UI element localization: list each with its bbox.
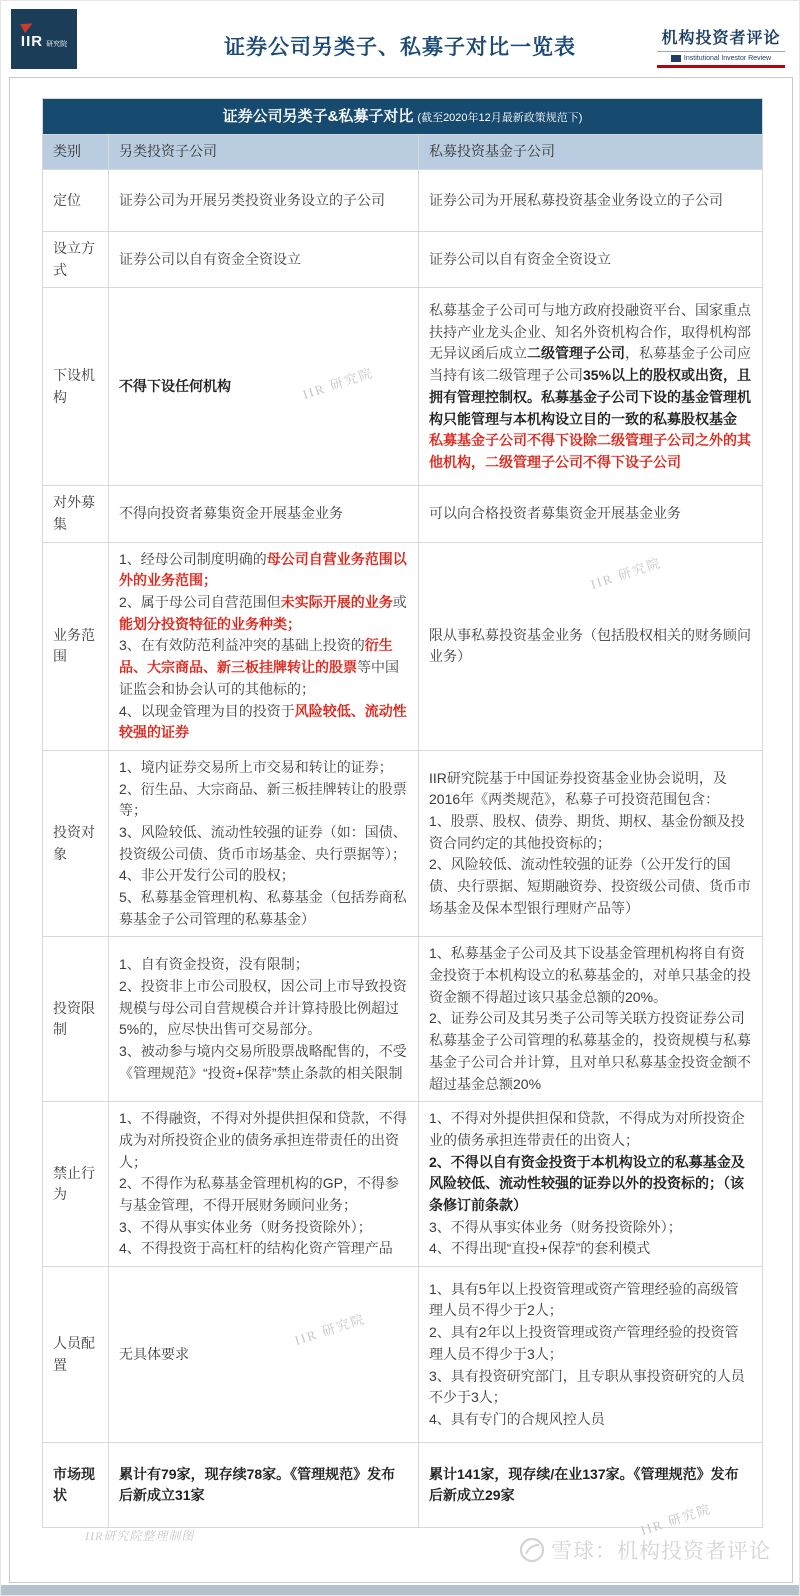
row-label: 定位 (43, 169, 109, 231)
table-row: 下设机构 不得下设任何机构 私募基金子公司可与地方政府投融资平台、国家重点扶持产… (43, 288, 763, 486)
row-label: 人员配置 (43, 1267, 109, 1443)
row-label: 禁止行为 (43, 1102, 109, 1267)
alt-sub-cell: 证券公司为开展另类投资业务设立的子公司 (109, 169, 419, 231)
column-header-category: 类别 (43, 135, 109, 170)
credit-note: IIR研究院整理制图 (85, 1527, 194, 1544)
alt-sub-cell: 1、境内证券交易所上市交易和转让的证券；2、衍生品、大宗商品、新三板挂牌转让的股… (109, 750, 419, 937)
pe-sub-cell: 证券公司以自有资金全资设立 (419, 231, 763, 287)
table-row: 业务范围 1、经母公司制度明确的母公司自营业务范围以外的业务范围；2、属于母公司… (43, 542, 763, 750)
alt-sub-cell: 累计有79家，现存续78家。《管理规范》发布后新成立31家 (109, 1443, 419, 1528)
pe-sub-cell: 1、私募基金子公司及其下设基金管理机构将自有资金投资于本机构设立的私募基金的，对… (419, 937, 763, 1102)
row-label: 市场现状 (43, 1443, 109, 1528)
pe-sub-cell: 1、不得对外提供担保和贷款，不得成为对所投资企业的债务承担连带责任的出资人；2、… (419, 1102, 763, 1267)
row-label: 对外募集 (43, 486, 109, 542)
row-label: 设立方式 (43, 231, 109, 287)
xueqiu-account-text: 雪球：机构投资者评论 (551, 1535, 771, 1565)
table-row: 对外募集 不得向投资者募集资金开展基金业务 可以向合格投资者募集资金开展基金业务 (43, 486, 763, 542)
brand-name-cn: 机构投资者评论 (657, 25, 785, 48)
brand-block: 机构投资者评论 Institutional Investor Review (657, 25, 785, 68)
alt-sub-cell: 1、经母公司制度明确的母公司自营业务范围以外的业务范围；2、属于母公司自营范围但… (109, 542, 419, 750)
table-row: 投资对象 1、境内证券交易所上市交易和转让的证券；2、衍生品、大宗商品、新三板挂… (43, 750, 763, 937)
alt-sub-cell: 1、不得融资，不得对外提供担保和贷款，不得成为对所投资企业的债务承担连带责任的出… (109, 1102, 419, 1267)
bottom-band (1, 1585, 799, 1595)
pe-sub-cell: IIR研究院基于中国证券投资基金业协会说明，及2016年《两类规范》，私募子可投… (419, 750, 763, 937)
table-row: 定位 证券公司为开展另类投资业务设立的子公司 证券公司为开展私募投资基金业务设立… (43, 169, 763, 231)
table-title-bar: 证券公司另类子&私募子对比(截至2020年12月最新政策规范下) (43, 99, 763, 135)
column-header-row: 类别 另类投资子公司 私募投资基金子公司 (43, 135, 763, 170)
alt-sub-cell: 不得下设任何机构 (109, 288, 419, 486)
row-label: 业务范围 (43, 542, 109, 750)
pe-sub-cell: 1、具有5年以上投资管理或资产管理经验的高级管理人员不得少于2人；2、具有2年以… (419, 1267, 763, 1443)
content-box: 证券公司另类子&私募子对比(截至2020年12月最新政策规范下) 类别 另类投资… (9, 77, 793, 1583)
brand-mini-logo-icon (671, 55, 681, 62)
alt-sub-cell: 证券公司以自有资金全资设立 (109, 231, 419, 287)
table-title: 证券公司另类子&私募子对比 (223, 108, 414, 125)
row-label: 投资限制 (43, 937, 109, 1102)
column-header-pe-sub: 私募投资基金子公司 (419, 135, 763, 170)
xueqiu-logo-icon (519, 1537, 545, 1563)
table-subtitle: (截至2020年12月最新政策规范下) (417, 112, 582, 124)
table-row: 禁止行为 1、不得融资，不得对外提供担保和贷款，不得成为对所投资企业的债务承担连… (43, 1102, 763, 1267)
alt-sub-cell: 无具体要求 (109, 1267, 419, 1443)
pe-sub-cell: 可以向合格投资者募集资金开展基金业务 (419, 486, 763, 542)
column-header-alternative-sub: 另类投资子公司 (109, 135, 419, 170)
brand-red-bar (657, 65, 785, 68)
row-label: 下设机构 (43, 288, 109, 486)
row-label: 投资对象 (43, 750, 109, 937)
table-row: 设立方式 证券公司以自有资金全资设立 证券公司以自有资金全资设立 (43, 231, 763, 287)
table-row: 投资限制 1、自有资金投资，没有限制；2、投资非上市公司股权，因公司上市导致投资… (43, 937, 763, 1102)
alt-sub-cell: 1、自有资金投资，没有限制；2、投资非上市公司股权，因公司上市导致投资规模与母公… (109, 937, 419, 1102)
xueqiu-account: 雪球：机构投资者评论 (519, 1535, 771, 1565)
pe-sub-cell: 证券公司为开展私募投资基金业务设立的子公司 (419, 169, 763, 231)
table-row: 人员配置 无具体要求 1、具有5年以上投资管理或资产管理经验的高级管理人员不得少… (43, 1267, 763, 1443)
brand-name-en: Institutional Investor Review (684, 55, 771, 62)
table-title-row: 证券公司另类子&私募子对比(截至2020年12月最新政策规范下) (43, 99, 763, 135)
pe-sub-cell: 私募基金子公司可与地方政府投融资平台、国家重点扶持产业龙头企业、知名外资机构合作… (419, 288, 763, 486)
infographic-page: IIR研究院 证券公司另类子、私募子对比一览表 机构投资者评论 Institut… (0, 0, 800, 1596)
alt-sub-cell: 不得向投资者募集资金开展基金业务 (109, 486, 419, 542)
comparison-table: 证券公司另类子&私募子对比(截至2020年12月最新政策规范下) 类别 另类投资… (42, 98, 763, 1528)
